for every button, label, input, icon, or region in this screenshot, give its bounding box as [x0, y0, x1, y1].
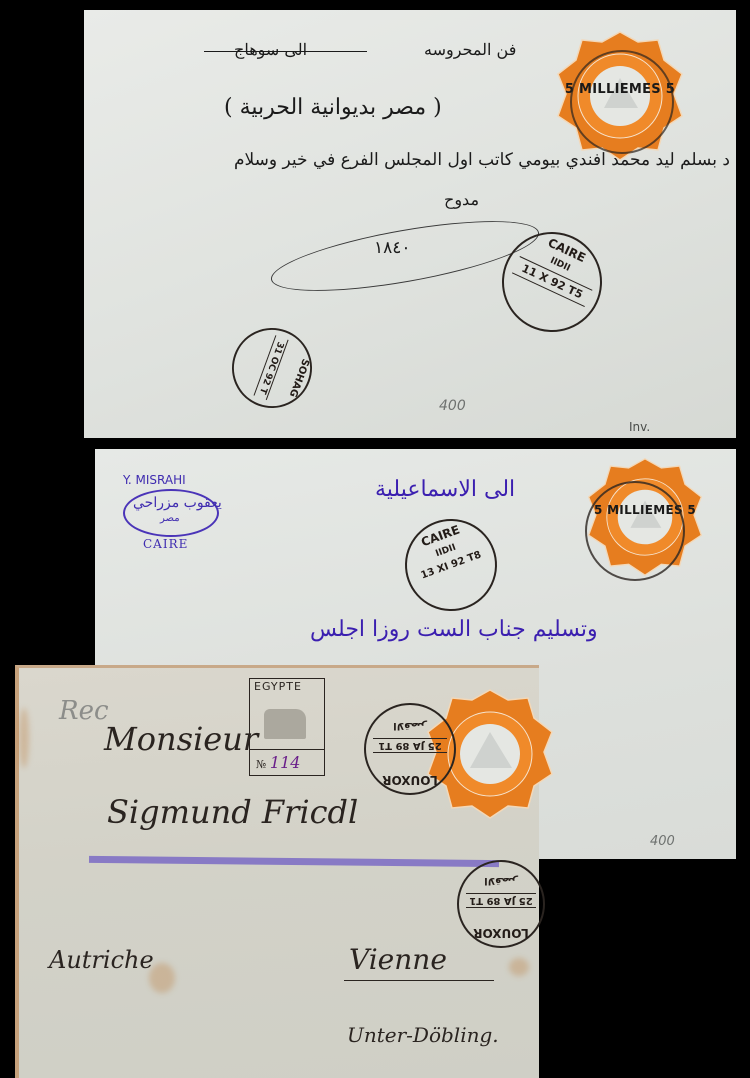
envelope-3: Rec EGYPTE № 114 LOUXOR 25 JA 89 T1 الاق…: [15, 665, 539, 1078]
cachet-arabic-city: مصر: [160, 513, 180, 524]
address-line-5: Unter-Döbling.: [347, 1023, 499, 1047]
address-line-4: Vienne: [349, 943, 447, 976]
crossed-out-address: الى سوهاج: [234, 40, 307, 59]
postmark-on-stamp-2: [585, 481, 685, 581]
rec-pencil-note: Rec: [59, 696, 109, 726]
violet-underline: [89, 856, 499, 867]
address-line-3: مدوح: [444, 190, 479, 209]
cachet-top-text: Y. MISRAHI: [123, 473, 186, 487]
stamp-indicium-1: 5 MILLIEMES 5: [554, 30, 686, 162]
cachet-bottom-text: CAIRE: [143, 537, 188, 551]
registration-title: EGYPTE: [254, 680, 302, 693]
postmark-sohag: SOHAG 31 OC 92 T: [221, 317, 324, 420]
registration-animal-icon: [264, 709, 306, 739]
envelope-1: الى سوهاج فن المحروسه ( مصر بديوانية الح…: [84, 10, 736, 438]
registration-label: EGYPTE № 114: [249, 678, 325, 776]
address-line-2: Sigmund Fricdl: [107, 793, 358, 831]
registration-number: № 114: [256, 753, 300, 772]
foxing-stain: [19, 708, 29, 768]
foxing-stain: [509, 958, 529, 976]
address-line-2: وتسليم جناب الست روزا اجلس: [310, 617, 598, 642]
pencil-note-inv: Inv.: [629, 420, 650, 434]
pencil-price-2: 400: [650, 834, 675, 849]
postmark-caire-2: CAIRE IIDII 13 XI 92 T8: [392, 506, 510, 624]
registration-divider: [250, 749, 324, 750]
address-line-1: الى الاسماعيلية: [375, 477, 515, 502]
corner-note: فن المحروسه: [424, 40, 516, 59]
postmark-on-stamp: [570, 50, 674, 154]
address-line-1: Monsieur: [104, 720, 258, 758]
cachet-arabic-name: يعقوب مزراحي: [133, 495, 222, 511]
postmark-luxor-1: LOUXOR 25 JA 89 T1 الاقصر: [364, 703, 456, 795]
sender-cachet: Y. MISRAHI يعقوب مزراحي مصر CAIRE: [115, 469, 225, 559]
pencil-price-1: 400: [439, 398, 466, 414]
address-line-1: ( مصر بديوانية الحربية ): [224, 95, 442, 120]
address-line-3: Autriche: [49, 946, 154, 974]
postmark-luxor-2: LOUXOR 25 JA 89 T1 الاقصر: [457, 860, 545, 948]
address-underline: [344, 980, 494, 981]
